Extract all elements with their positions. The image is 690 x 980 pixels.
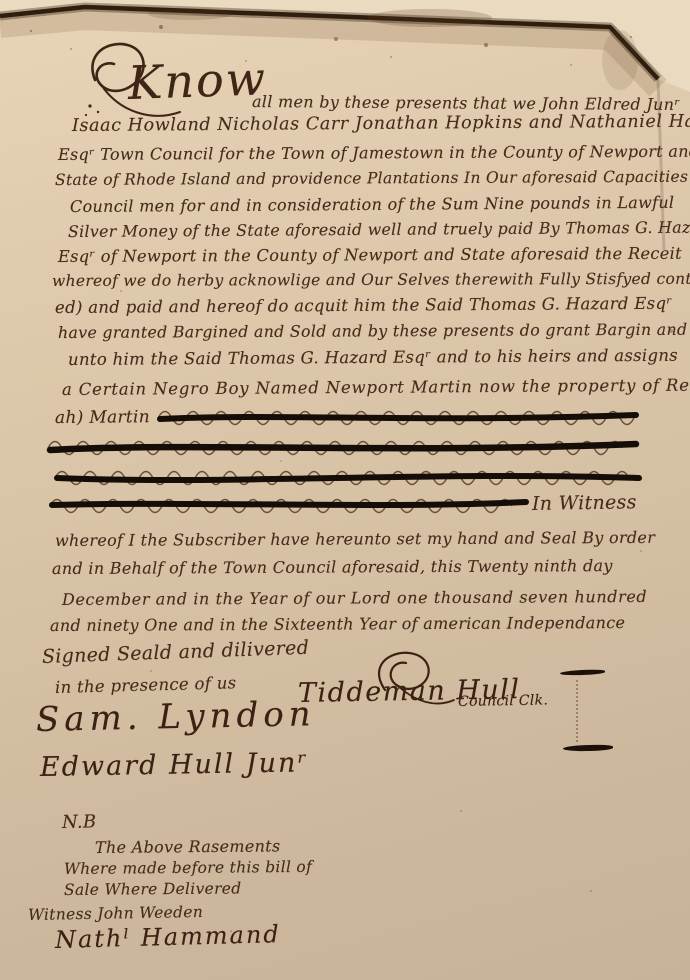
body-line: Esqʳ Town Council for the Town of Jamest… [58, 142, 690, 164]
struck-line-lead: ah) Martin [55, 407, 150, 428]
note-label: N.B [62, 811, 97, 833]
note-line: Sale Where Delivered [64, 879, 242, 899]
manuscript-page: Know all men by these presents that we J… [0, 0, 690, 980]
opening-word: Know [127, 51, 268, 110]
bleed-through-marks [576, 680, 578, 742]
witness-signature: Sam. Lyndon [36, 694, 316, 740]
struck-line-tail: In Witness [532, 491, 637, 515]
note-signature: Nathˡ Hammand [55, 920, 281, 954]
note-witness: Witness John Weeden [28, 903, 203, 924]
paper-speckles [30, 30, 32, 32]
note-line: Where made before this bill of [64, 858, 312, 878]
body-line: Esqʳ of Newport in the County of Newport… [58, 244, 682, 266]
strikethrough-mark [48, 432, 640, 462]
closing-line: and in Behalf of the Town Council afores… [52, 556, 613, 578]
witness-signature: Edward Hull Junʳ [40, 747, 309, 783]
body-line: Isaac Howland Nicholas Carr Jonathan Hop… [72, 111, 690, 136]
note-line: The Above Rasements [95, 836, 281, 857]
clerk-title: Council Clk. [458, 692, 548, 710]
strikethrough-mark [55, 462, 643, 492]
closing-line: and ninety One and in the Sixteenth Year… [50, 613, 625, 635]
closing-line: December and in the Year of our Lord one… [62, 587, 647, 609]
body-line: whereof we do herby acknowlige and Our S… [52, 270, 690, 290]
heading-rest: all men by these presents that we John E… [252, 92, 680, 114]
strikethrough-mark [158, 402, 640, 432]
strikethrough-mark [50, 490, 530, 520]
body-line: have granted Bargined and Sold and by th… [58, 320, 690, 342]
closing-line: whereof I the Subscriber have hereunto s… [55, 528, 655, 550]
body-line: State of Rhode Island and providence Pla… [55, 168, 690, 189]
